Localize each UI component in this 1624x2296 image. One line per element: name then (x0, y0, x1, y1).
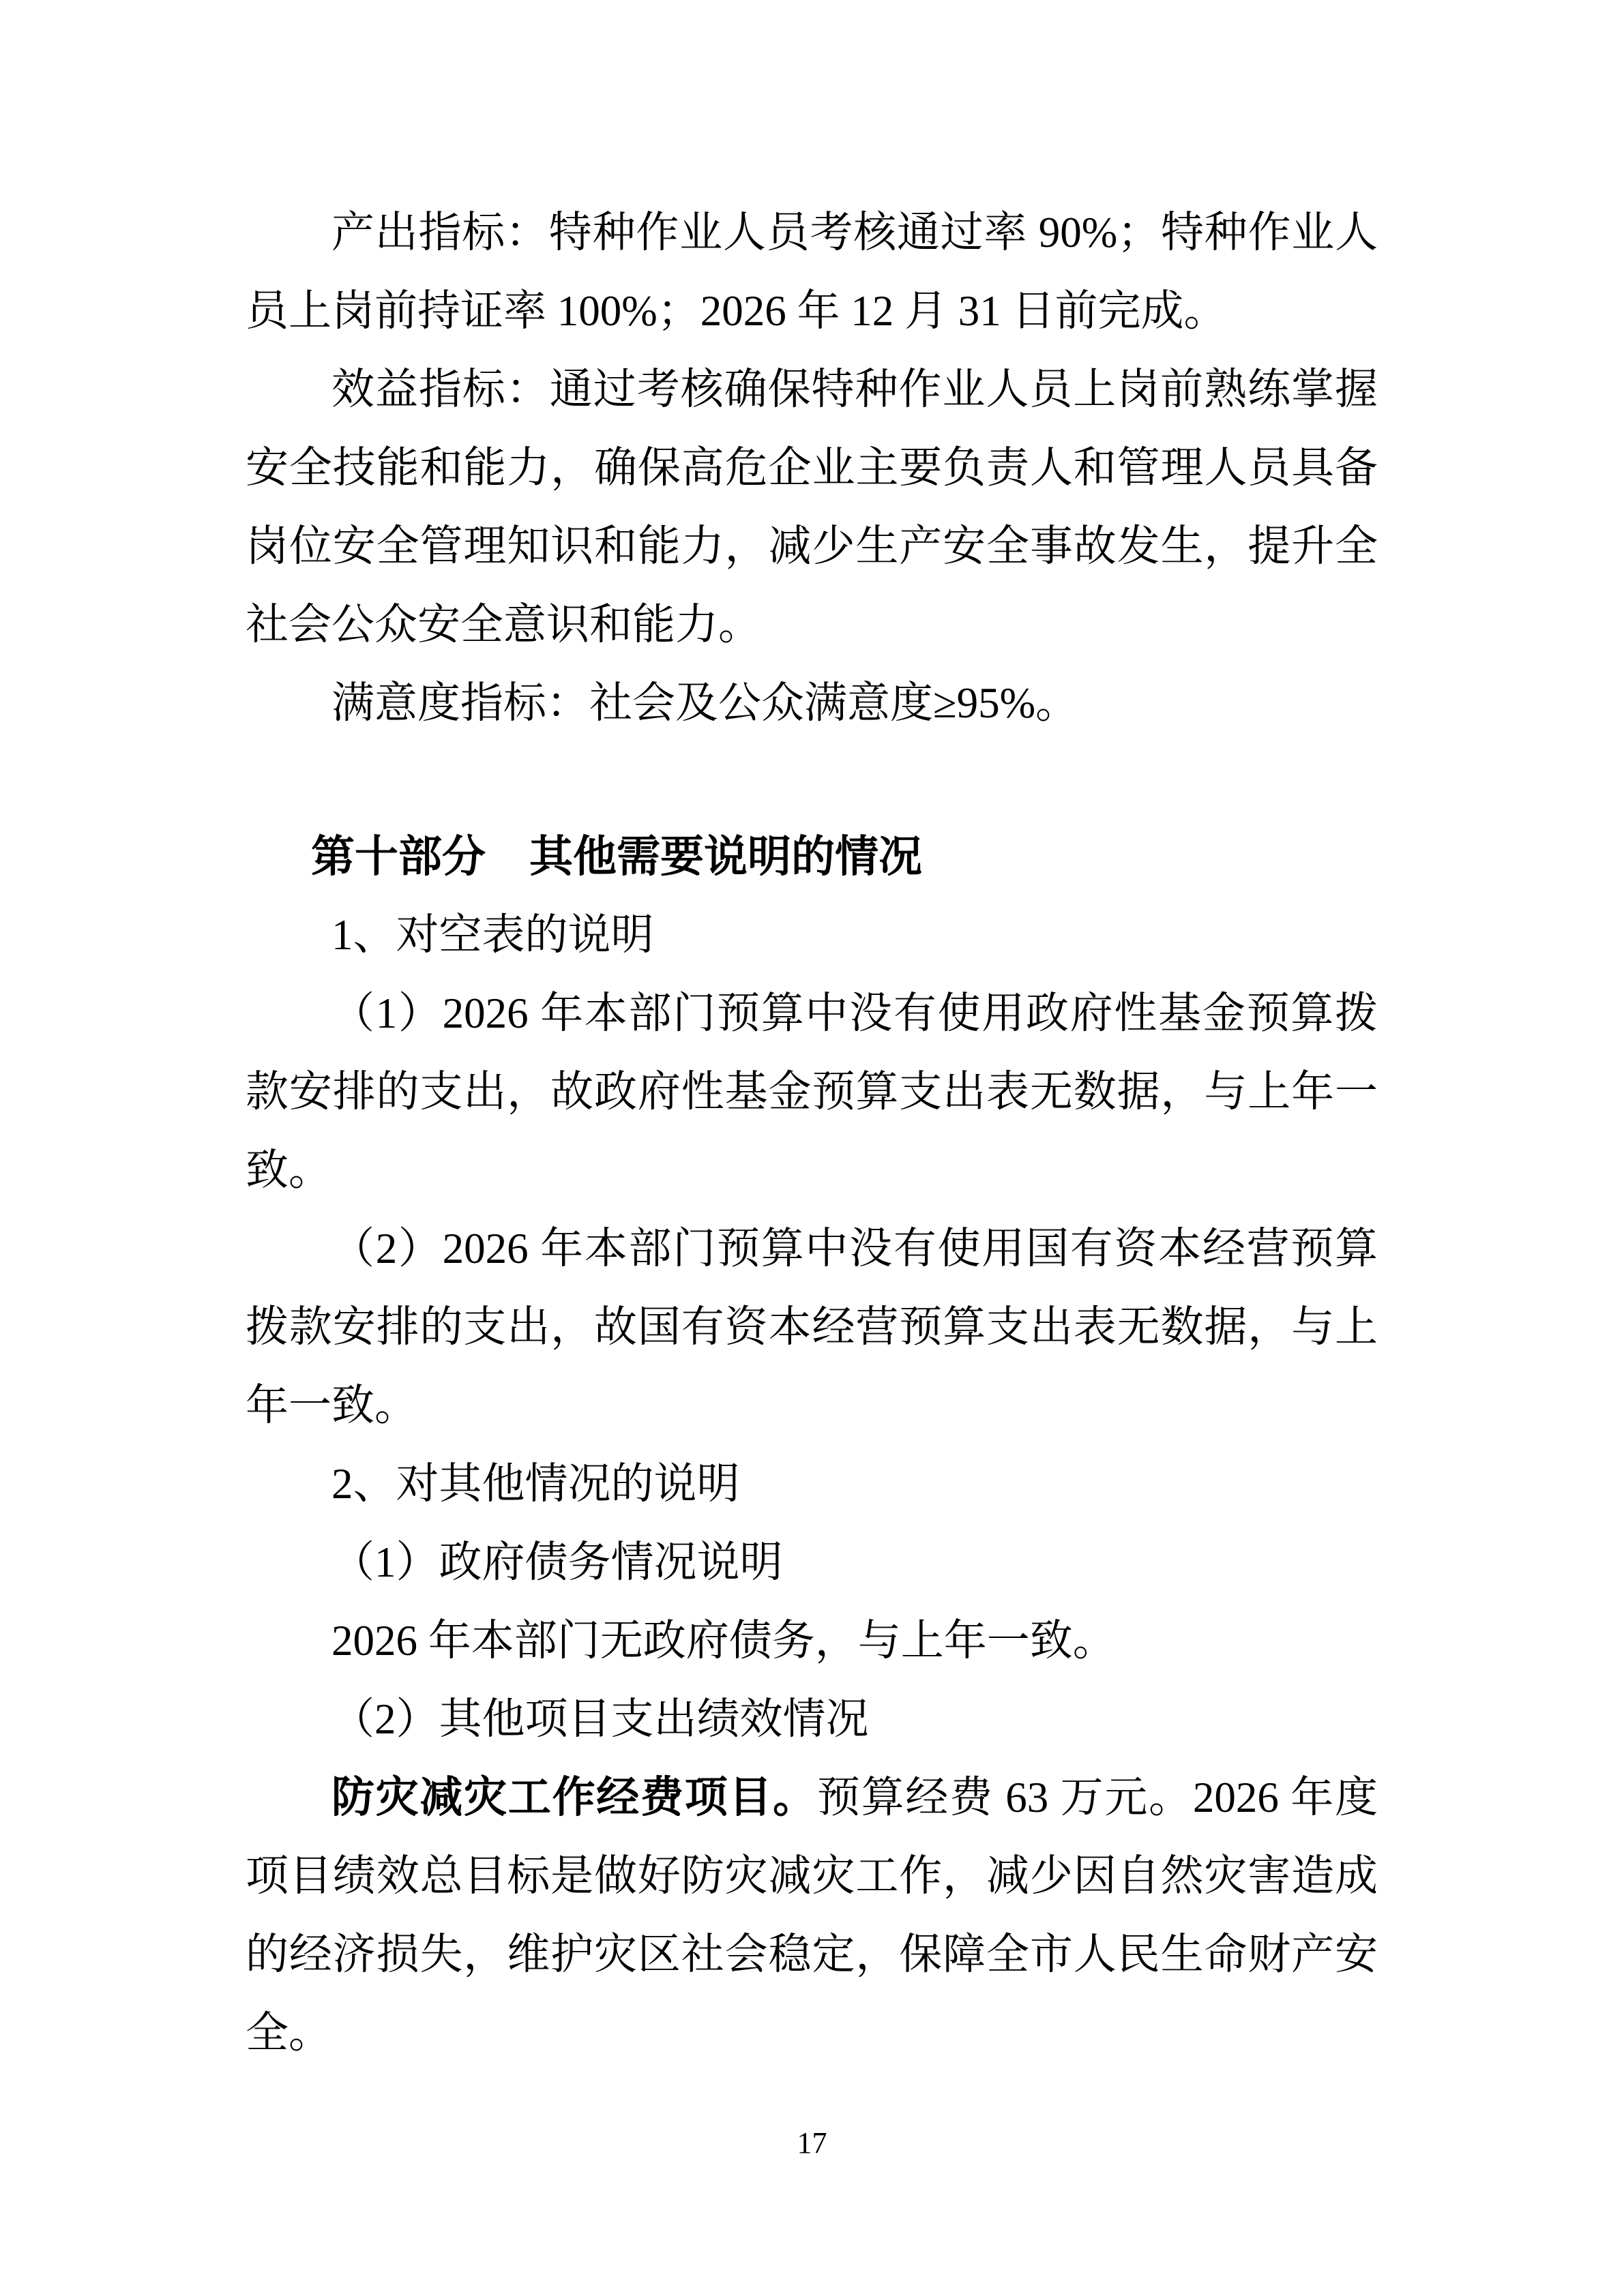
paragraph-other-situations-title: 2、对其他情况的说明 (246, 1445, 1378, 1523)
paragraph-gov-fund-budget-note: （1）2026 年本部门预算中没有使用政府性基金预算拨款安排的支出，故政府性基金… (246, 974, 1378, 1210)
document-page: 产出指标：特种作业人员考核通过率 90%；特种作业人员上岗前持证率 100%；2… (0, 0, 1624, 2296)
paragraph-disaster-prevention-project: 防灾减灾工作经费项目。预算经费 63 万元。2026 年度项目绩效总目标是做好防… (246, 1759, 1378, 2072)
paragraph-benefit-indicator: 效益指标：通过考核确保特种作业人员上岗前熟练掌握安全技能和能力，确保高危企业主要… (246, 351, 1378, 664)
section-heading-part-ten: 第十部分 其他需要说明的情况 (246, 818, 1378, 896)
paragraph-other-project-performance-title: （2）其他项目支出绩效情况 (246, 1680, 1378, 1759)
project-name-bold-lead: 防灾减灾工作经费项目。 (331, 1774, 817, 1821)
document-body: 产出指标：特种作业人员考核通过率 90%；特种作业人员上岗前持证率 100%；2… (246, 194, 1378, 2072)
paragraph-satisfaction-indicator: 满意度指标：社会及公众满意度≥95%。 (246, 664, 1378, 743)
paragraph-gov-debt-note: 2026 年本部门无政府债务，与上年一致。 (246, 1602, 1378, 1680)
paragraph-state-capital-budget-note: （2）2026 年本部门预算中没有使用国有资本经营预算拨款安排的支出，故国有资本… (246, 1210, 1378, 1445)
page-number: 17 (0, 2126, 1624, 2160)
paragraph-output-indicator: 产出指标：特种作业人员考核通过率 90%；特种作业人员上岗前持证率 100%；2… (246, 194, 1378, 351)
paragraph-gov-debt-title: （1）政府债务情况说明 (246, 1523, 1378, 1602)
paragraph-empty-tables-title: 1、对空表的说明 (246, 896, 1378, 974)
